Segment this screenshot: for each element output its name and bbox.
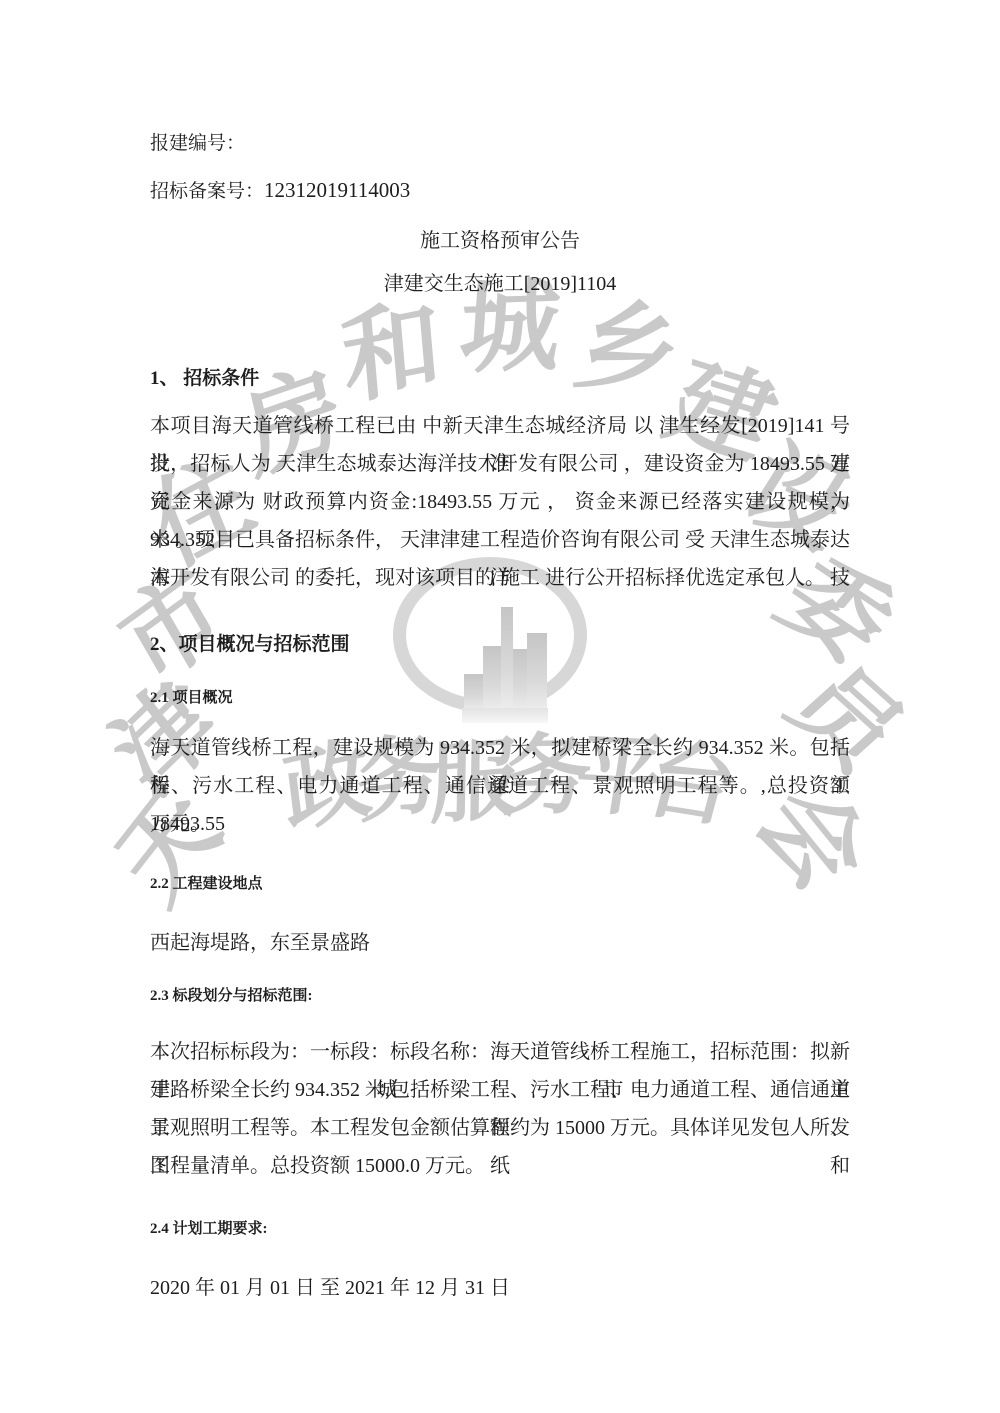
bid-record-no-value: 12312019114003 — [264, 178, 410, 202]
paragraph-line: 万元。 — [150, 805, 850, 843]
paragraph-line: 米 。项目已具备招标条件， 天津津建工程造价咨询有限公司 受 天津生态城泰达海洋… — [150, 521, 850, 559]
paragraph-line: 程、污水工程、电力通道工程、通信通道工程、景观照明工程等。,总投资额 18493… — [150, 767, 850, 805]
section-2-1-paragraph: 海天道管线桥工程，建设规模为 934.352 米，拟建桥梁全长约 934.352… — [150, 729, 850, 843]
section-2-2-heading: 2.2 工程建设地点 — [150, 872, 850, 893]
section-2-3-heading: 2.3 标段划分与招标范围: — [150, 984, 850, 1005]
bid-record-no: 招标备案号：12312019114003 — [150, 176, 850, 203]
paragraph-line: 景观照明工程等。本工程发包金额估算额约为 15000 万元。具体详见发包人所发图… — [150, 1109, 850, 1147]
planned-duration-text: 2020 年 01 月 01 日 至 2021 年 12 月 31 日 — [150, 1271, 850, 1300]
document-page: 天津市住房和城乡建设委员会 政务服务平台 报建编号： 招标备案号：1231201… — [0, 0, 1000, 1413]
section-2-heading: 2、项目概况与招标范围 — [150, 629, 850, 656]
section-1-heading: 1、 招标条件 — [150, 363, 850, 390]
section-2-2-text: 西起海堤路，东至景盛路 — [150, 926, 850, 955]
doc-number: 津建交生态施工[2019]1104 — [150, 267, 850, 296]
bid-record-no-label: 招标备案号： — [150, 181, 264, 202]
report-no-text: 报建编号： — [150, 133, 245, 154]
paragraph-line: 资金来源为 财政预算内资金:18493.55 万元 ， 资金来源已经落实建设规模… — [150, 483, 850, 521]
paragraph-line: 本次招标标段为：一标段：标段名称：海天道管线桥工程施工，招标范围：拟新建城市主 — [150, 1033, 850, 1071]
section-2-1-heading: 2.1 项目概况 — [150, 686, 850, 707]
section-2-3-paragraph: 本次招标标段为：一标段：标段名称：海天道管线桥工程施工，招标范围：拟新建城市主 … — [150, 1033, 850, 1185]
paragraph-line: 术开发有限公司 的委托，现对该项目的 施工 进行公开招标择优选定承包人。 — [150, 559, 850, 597]
document-content: 报建编号： 招标备案号：12312019114003 施工资格预审公告 津建交生… — [0, 0, 1000, 1413]
paragraph-line: 设，招标人为 天津生态城泰达海洋技术开发有限公司 ，建设资金为 18493.55… — [150, 445, 850, 483]
report-no-label: 报建编号： — [150, 128, 850, 155]
paragraph-line: 干路桥梁全长约 934.352 米,包括桥梁工程、污水工程、电力通道工程、通信通… — [150, 1071, 850, 1109]
paragraph-line: 海天道管线桥工程，建设规模为 934.352 米，拟建桥梁全长约 934.352… — [150, 729, 850, 767]
paragraph-line: 本项目海天道管线桥工程已由 中新天津生态城经济局 以 津生经发[2019]141… — [150, 407, 850, 445]
section-1-paragraph: 本项目海天道管线桥工程已由 中新天津生态城经济局 以 津生经发[2019]141… — [150, 407, 850, 597]
section-2-4-heading: 2.4 计划工期要求: — [150, 1217, 850, 1238]
doc-title: 施工资格预审公告 — [150, 224, 850, 253]
